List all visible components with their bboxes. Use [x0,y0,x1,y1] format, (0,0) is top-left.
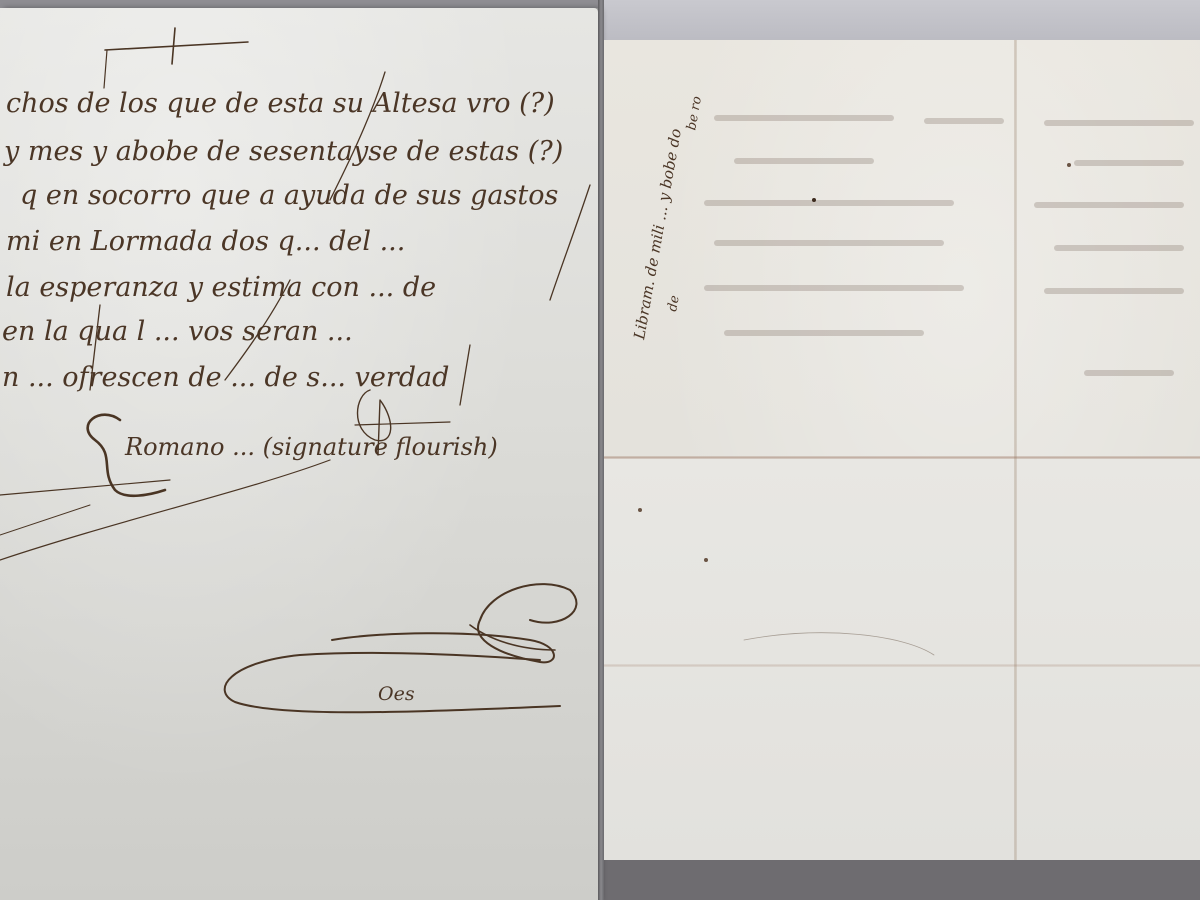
svg-text:Romano ... (signature flourish: Romano ... (signature flourish) [124,433,498,461]
background-bottom [600,860,1200,900]
faded-bleed-through-text [704,115,1194,376]
manuscript-line-4: mi en Lormada dos q... del ... [6,226,405,257]
manuscript-line-2: y mes y abobe de sesentayse de estas (?) [3,136,563,167]
manuscript-line-1: chos de los que de esta su Altesa vro (?… [6,88,555,119]
cross-mark-icon [104,28,248,88]
left-page-handwriting: chos de los que de esta su Altesa vro (?… [0,8,598,900]
svg-text:de: de [665,294,683,313]
svg-text:Oes: Oes [378,683,415,705]
signature-paraph: Oes [225,584,577,712]
manuscript-line-3: q en socorro que a ayuda de sus gastos [20,180,558,211]
closing-signature: Romano ... (signature flourish) [0,390,498,560]
manuscript-line-5: la esperanza y estima con ... de [6,272,436,303]
left-manuscript-page: chos de los que de esta su Altesa vro (?… [0,8,598,900]
svg-text:be ro: be ro [684,95,705,131]
manuscript-line-7: n ... ofrescen de ... de s... verdad [2,362,449,393]
right-manuscript-page: Libram. de mili ... y bobe do be ro de [604,40,1200,860]
manuscript-line-6: en la qua l ... vos seran ... [2,316,353,347]
right-page-handwriting: Libram. de mili ... y bobe do be ro de [604,40,1200,860]
